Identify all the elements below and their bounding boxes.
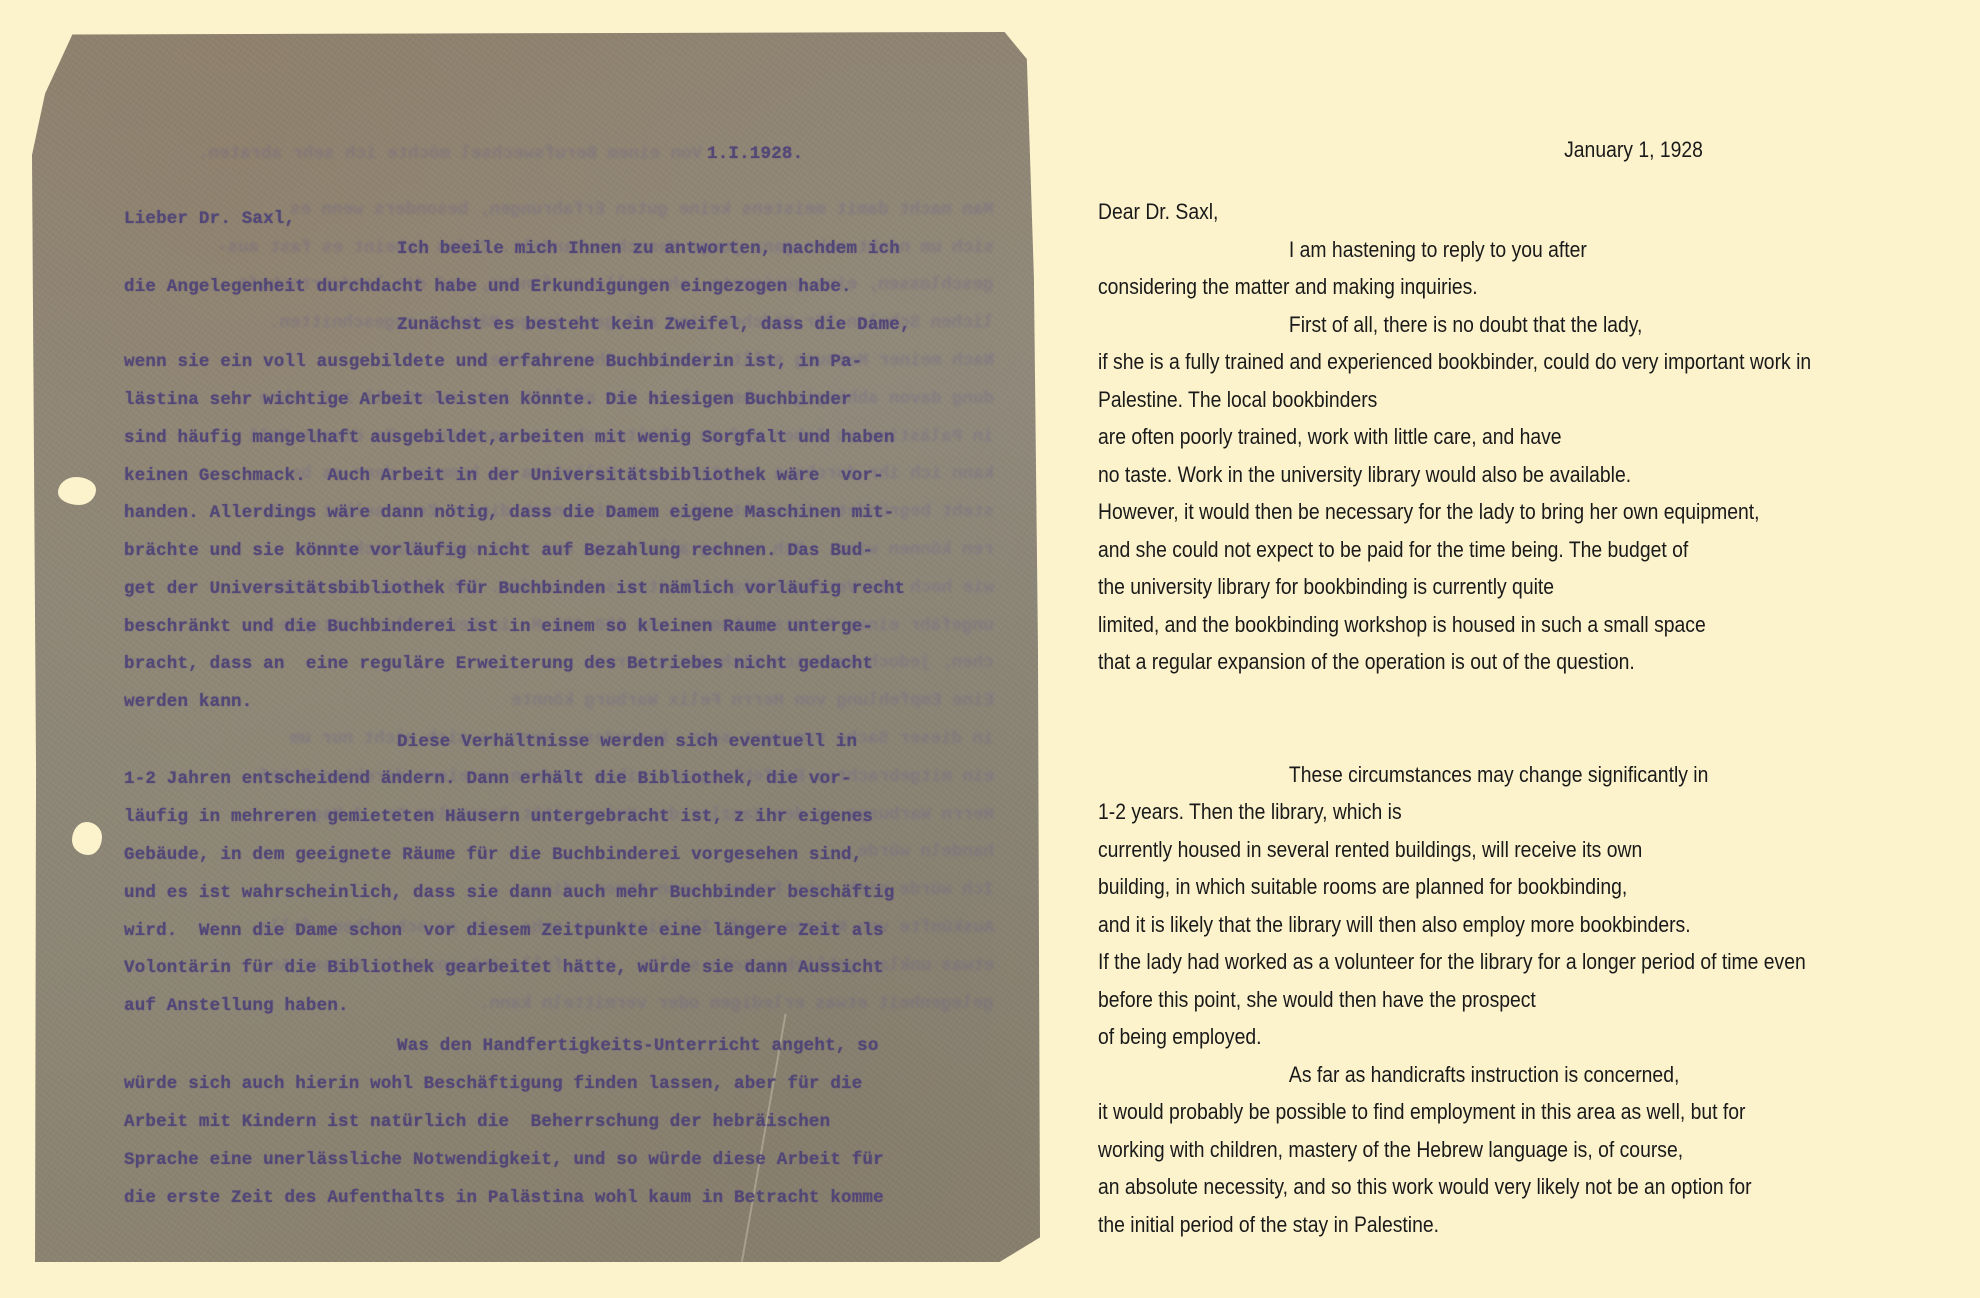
letter-line: Ich beeile mich Ihnen zu antworten, nach… (397, 239, 900, 259)
translation-line: the university library for bookbinding i… (1098, 573, 1554, 601)
letter-line: würde sich auch hierin wohl Beschäftigun… (124, 1074, 862, 1094)
bleed-through-line: gelegenheit etwas erledigen oder vermitt… (479, 994, 994, 1014)
letter-line: werden kann. (124, 692, 252, 712)
translation-line: First of all, there is no doubt that the… (1289, 311, 1643, 339)
translation-line: These circumstances may change significa… (1289, 761, 1708, 789)
letter-date: 1.I.1928. (707, 144, 803, 164)
bleed-through-line: Von einem Berufswechsel möchte ich sehr … (198, 144, 702, 164)
translation-line: if she is a fully trained and experience… (1098, 348, 1811, 376)
letter-line: wird. Wenn die Dame schon vor diesem Zei… (124, 921, 884, 941)
translation-line: it would probably be possible to find em… (1098, 1098, 1745, 1126)
translation-line: working with children, mastery of the He… (1098, 1136, 1683, 1164)
bleed-through-line: Eine Empfehlung von Herrn Felix Warburg … (511, 691, 994, 711)
letter-line: Zunächst es besteht kein Zweifel, dass d… (397, 315, 911, 335)
translation-salutation: Dear Dr. Saxl, (1098, 198, 1218, 226)
letter-line: 1-2 Jahren entscheidend ändern. Dann erh… (124, 769, 852, 789)
translation-line: the initial period of the stay in Palest… (1098, 1211, 1439, 1239)
letter-line: wenn sie ein voll ausgebildete und erfah… (124, 352, 862, 372)
translation-line: before this point, she would then have t… (1098, 986, 1536, 1014)
translation-date: January 1, 1928 (1564, 136, 1703, 164)
letter-line: Gebäude, in dem geeignete Räume für die … (124, 845, 862, 865)
translation-line: 1-2 years. Then the library, which is (1098, 798, 1402, 826)
letter-line: auf Anstellung haben. (124, 996, 349, 1016)
translation-line: If the lady had worked as a volunteer fo… (1098, 948, 1806, 976)
letter-line: beschränkt und die Buchbinderei ist in e… (124, 617, 873, 637)
letter-line: sind häufig mangelhaft ausgebildet,arbei… (124, 428, 895, 448)
letter-line: handen. Allerdings wäre dann nötig, dass… (124, 503, 895, 523)
translation-line: no taste. Work in the university library… (1098, 461, 1631, 489)
letter-line: bracht, dass an eine reguläre Erweiterun… (124, 654, 873, 674)
translation-line: However, it would then be necessary for … (1098, 498, 1760, 526)
letter-line: Volontärin für die Bibliothek gearbeitet… (124, 958, 884, 978)
translation-line: and it is likely that the library will t… (1098, 911, 1691, 939)
bleed-through-line: handeln würde. (847, 842, 994, 862)
translation-line: considering the matter and making inquir… (1098, 273, 1478, 301)
letter-line: läufig in mehreren gemieteten Häusern un… (124, 807, 873, 827)
letter-line: und es ist wahrscheinlich, dass sie dann… (124, 883, 895, 903)
translation-line: As far as handicrafts instruction is con… (1289, 1061, 1679, 1089)
letter-line: die erste Zeit des Aufenthalts in Paläst… (124, 1188, 884, 1208)
translation-line: currently housed in several rented build… (1098, 836, 1642, 864)
letter-line: keinen Geschmack. Auch Arbeit in der Uni… (124, 466, 884, 486)
letter-line: die Angelegenheit durchdacht habe und Er… (124, 277, 852, 297)
translation-line: building, in which suitable rooms are pl… (1098, 873, 1627, 901)
letter-line: Diese Verhältnisse werden sich eventuell… (397, 732, 857, 752)
translation-line: and she could not expect to be paid for … (1098, 536, 1688, 564)
scanned-letter-page: Von einem Berufswechsel möchte ich sehr … (32, 32, 1042, 1262)
letter-line: Arbeit mit Kindern ist natürlich die Beh… (124, 1112, 830, 1132)
bleed-through-line: Man macht damit meistens keine guten Erf… (290, 200, 994, 220)
letter-salutation: Lieber Dr. Saxl, (124, 209, 295, 229)
letter-line: get der Universitätsbibliothek für Buchb… (124, 579, 905, 599)
punch-hole (72, 822, 102, 855)
letter-line: lästina sehr wichtige Arbeit leisten kön… (124, 390, 852, 410)
translation-line: I am hastening to reply to you after (1289, 236, 1587, 264)
translation-line: an absolute necessity, and so this work … (1098, 1173, 1752, 1201)
translation-line: are often poorly trained, work with litt… (1098, 423, 1562, 451)
punch-hole (58, 477, 96, 505)
letter-line: Sprache eine unerlässliche Notwendigkeit… (124, 1150, 884, 1170)
translation-line: that a regular expansion of the operatio… (1098, 648, 1635, 676)
translation-line: Palestine. The local bookbinders (1098, 386, 1377, 414)
letter-line: brächte und sie könnte vorläufig nicht a… (124, 541, 873, 561)
letter-line: Was den Handfertigkeits-Unterricht angeh… (397, 1036, 879, 1056)
translation-line: of being employed. (1098, 1023, 1262, 1051)
translation-line: limited, and the bookbinding workshop is… (1098, 611, 1706, 639)
